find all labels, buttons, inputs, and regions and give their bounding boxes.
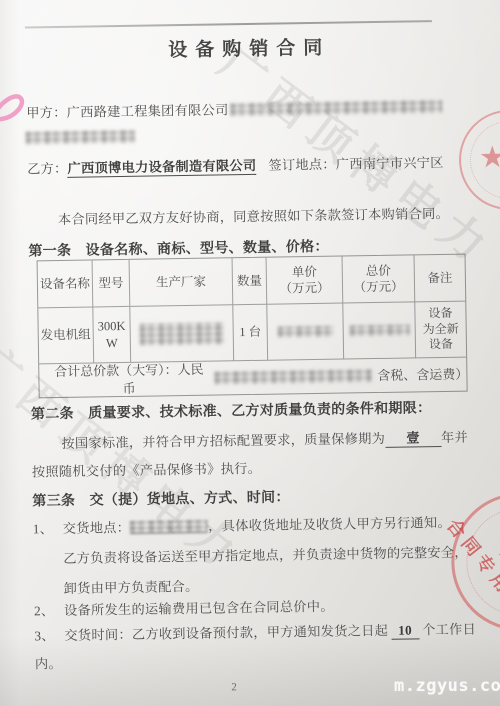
delivery-days-value: 10: [391, 622, 419, 639]
cell-qty: 1 台: [233, 305, 268, 362]
signing-place-label: 签订地点：: [268, 157, 336, 173]
warranty-period-blank: 壹: [385, 427, 441, 448]
clause3-item2: 2、设备所发生的运输费用已包含在合同总价中。: [34, 596, 334, 620]
contract-seal-inner-ring: [466, 507, 500, 617]
party-a-label: 甲方：: [26, 105, 67, 121]
clause3-heading: 第三条 交（提）货地点、方式、时间：: [32, 486, 290, 510]
paper-sheet: 广西顶博电力 广西顶博电力 设备购销合同 甲方：广西路建工程集团有限公司 乙方：…: [0, 0, 500, 706]
redacted-party-a-line2: [26, 130, 136, 144]
contract-photo: 广西顶博电力 广西顶博电力 设备购销合同 甲方：广西路建工程集团有限公司 乙方：…: [0, 0, 500, 706]
remark-line1: 设备: [428, 306, 452, 322]
redacted-total-amount: [214, 369, 371, 384]
item1-number: 1、: [33, 518, 63, 537]
col-header-name: 设备名称: [38, 260, 94, 308]
cell-manufacturer: [130, 305, 234, 363]
remark-line3: 设备: [429, 337, 453, 353]
redacted-manufacturer: [140, 322, 224, 345]
clause2-line1: 按国家标准，并符合甲方招标配置要求，质量保修期为壹年并: [61, 427, 468, 453]
item3-pre: 交货时间：乙方收到设备预付款，甲方通知发货之日起: [64, 623, 388, 643]
clause2-line2: 按照随机交付的《产品保修书》执行。: [32, 458, 262, 481]
redacted-party-a-detail: [230, 100, 442, 116]
unit-price-line1: 单价: [292, 263, 317, 280]
col-header-model: 型号: [93, 260, 131, 308]
item3-post: 个工作日: [422, 621, 476, 637]
model-line1: 300K: [98, 318, 126, 335]
seal-inner-ring: [469, 120, 500, 199]
col-header-manufacturer: 生产厂家: [130, 258, 234, 307]
cell-equipment-name: 发电机组: [38, 307, 94, 364]
redacted-delivery-place: [130, 520, 208, 534]
party-a-line: 甲方：广西路建工程集团有限公司: [26, 96, 443, 122]
preamble: 本合同经甲乙双方友好协商，同意按照如下条款签订本购销合同。: [58, 203, 449, 228]
cell-total-price: [343, 302, 416, 359]
clause3-item1: 1、交货地点：，具体收货地址及收货人甲方另行通知。: [33, 512, 451, 538]
clause2-heading: 第二条 质量要求、技术标准、乙方对质量负责的条件和期限：: [31, 397, 432, 423]
clause2-line1-pre: 按国家标准，并符合甲方招标配置要求，质量保修期为: [61, 431, 385, 451]
cell-unit-price: [267, 304, 344, 361]
party-b-line: 乙方：广西顶博电力设备制造有限公司签订地点：广西南宁市兴宁区: [27, 152, 444, 178]
equipment-table: 设备名称 型号 生产厂家 数量 单价 （万元） 总价 （万元） 备注 发电机组 …: [37, 254, 468, 399]
model-line2: W: [106, 335, 118, 352]
contract-seal: 合同专用 ★: [450, 492, 500, 632]
seal-star-icon: ★: [479, 140, 500, 175]
clause3-item1-line2: 乙方负责将设备运送至甲方指定地点，并负责途中货物的完整安全，: [63, 542, 468, 567]
item1-post: ，具体收货地址及收货人甲方另行通知。: [208, 515, 451, 534]
party-b-label: 乙方：: [27, 161, 68, 177]
company-seal-top: ★: [458, 109, 500, 211]
redacted-unit-price: [277, 326, 333, 338]
cell-remark: 设备 为全新 设备: [415, 302, 466, 359]
contract-title: 设备购销合同: [0, 30, 495, 65]
item2-number: 2、: [34, 600, 64, 619]
col-header-remark: 备注: [415, 255, 466, 303]
clause2-line1-post: 年并: [441, 430, 468, 445]
total-price-line2: （万元）: [353, 279, 403, 296]
clause3-item1-line3: 卸货由甲方负责配合。: [64, 576, 199, 597]
party-b-name: 广西顶博电力设备制造有限公司: [67, 158, 256, 178]
col-header-total-price: 总价 （万元）: [343, 255, 416, 303]
col-header-qty: 数量: [233, 258, 268, 306]
header-rule: [25, 20, 432, 28]
total-amount-suffix: 含税、含运费）: [377, 366, 466, 385]
total-price-line1: 总价: [366, 262, 391, 279]
clause3-item3: 3、交货时间：乙方收到设备预付款，甲方通知发货之日起10个工作日: [34, 618, 476, 645]
signing-place-value: 广西南宁市兴宁区: [336, 155, 444, 172]
item1-pre: 交货地点：: [63, 520, 131, 536]
item3-number: 3、: [34, 625, 64, 644]
cell-model: 300K W: [93, 307, 131, 364]
party-a-name: 广西路建工程集团有限公司: [67, 102, 229, 120]
redacted-total-price: [349, 324, 409, 336]
site-watermark: m.zgyus.com: [394, 676, 500, 696]
unit-price-line2: （万元）: [279, 280, 329, 297]
item2-text: 设备所发生的运输费用已包含在合同总价中。: [64, 599, 334, 618]
total-amount-row: 合计总价款（大写）：人民币 含税、含运费）: [39, 358, 466, 398]
contract-seal-star-icon: ★: [496, 538, 500, 578]
page-number: 2: [231, 681, 237, 693]
clause3-item3-line2: 内。: [35, 653, 62, 672]
col-header-unit-price: 单价 （万元）: [267, 257, 344, 305]
total-amount-label: 合计总价款（大写）：人民币: [49, 361, 209, 398]
remark-line2: 为全新: [423, 321, 459, 337]
